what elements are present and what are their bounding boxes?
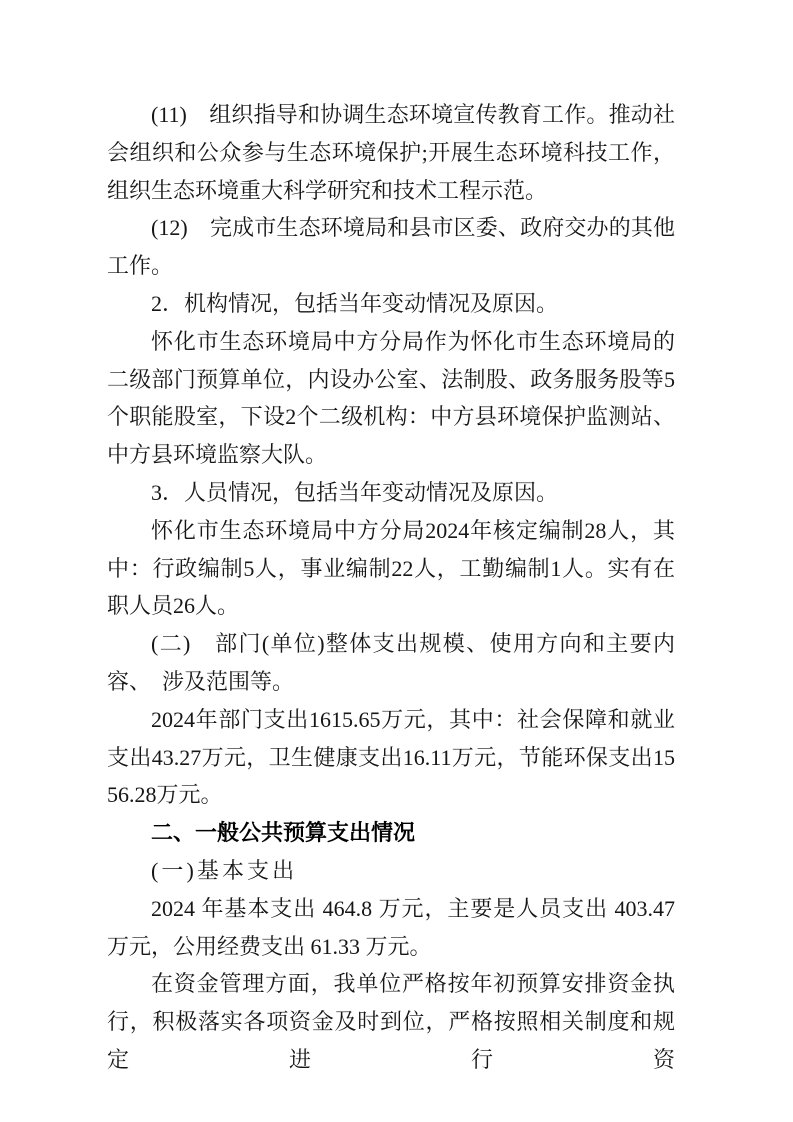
paragraph-overall-expenditure-figures: 2024年部门支出1615.65万元，其中：社会保障和就业支出43.27万元，卫… bbox=[107, 701, 675, 814]
document-content: (11) 组织指导和协调生态环境宣传教育工作。推动社会组织和公众参与生态环境保护… bbox=[107, 96, 675, 1079]
paragraph-org-status-label: 2．机构情况，包括当年变动情况及原因。 bbox=[107, 285, 675, 323]
document-page: (11) 组织指导和协调生态环境宣传教育工作。推动社会组织和公众参与生态环境保护… bbox=[0, 0, 793, 1122]
paragraph-fund-management: 在资金管理方面，我单位严格按年初预算安排资金执行，积极落实各项资金及时到位，严格… bbox=[107, 965, 675, 1078]
paragraph-duty-11: (11) 组织指导和协调生态环境宣传教育工作。推动社会组织和公众参与生态环境保护… bbox=[107, 96, 675, 209]
paragraph-org-description: 怀化市生态环境局中方分局作为怀化市生态环境局的二级部门预算单位，内设办公室、法制… bbox=[107, 323, 675, 474]
paragraph-basic-expenditure-figures: 2024 年基本支出 464.8 万元，主要是人员支出 403.47 万元，公用… bbox=[107, 890, 675, 966]
paragraph-staff-description: 怀化市生态环境局中方分局2024年核定编制28人，其中：行政编制5人，事业编制2… bbox=[107, 512, 675, 625]
paragraph-duty-12: (12) 完成市生态环境局和县市区委、政府交办的其他工作。 bbox=[107, 209, 675, 285]
paragraph-basic-expenditure-label: (一)基本支出 bbox=[107, 852, 675, 890]
paragraph-overall-expenditure-label: (二) 部门(单位)整体支出规模、使用方向和主要内容、 涉及范围等。 bbox=[107, 625, 675, 701]
paragraph-staff-status-label: 3．人员情况，包括当年变动情况及原因。 bbox=[107, 474, 675, 512]
section-heading-public-budget: 二、一般公共预算支出情况 bbox=[107, 814, 675, 852]
